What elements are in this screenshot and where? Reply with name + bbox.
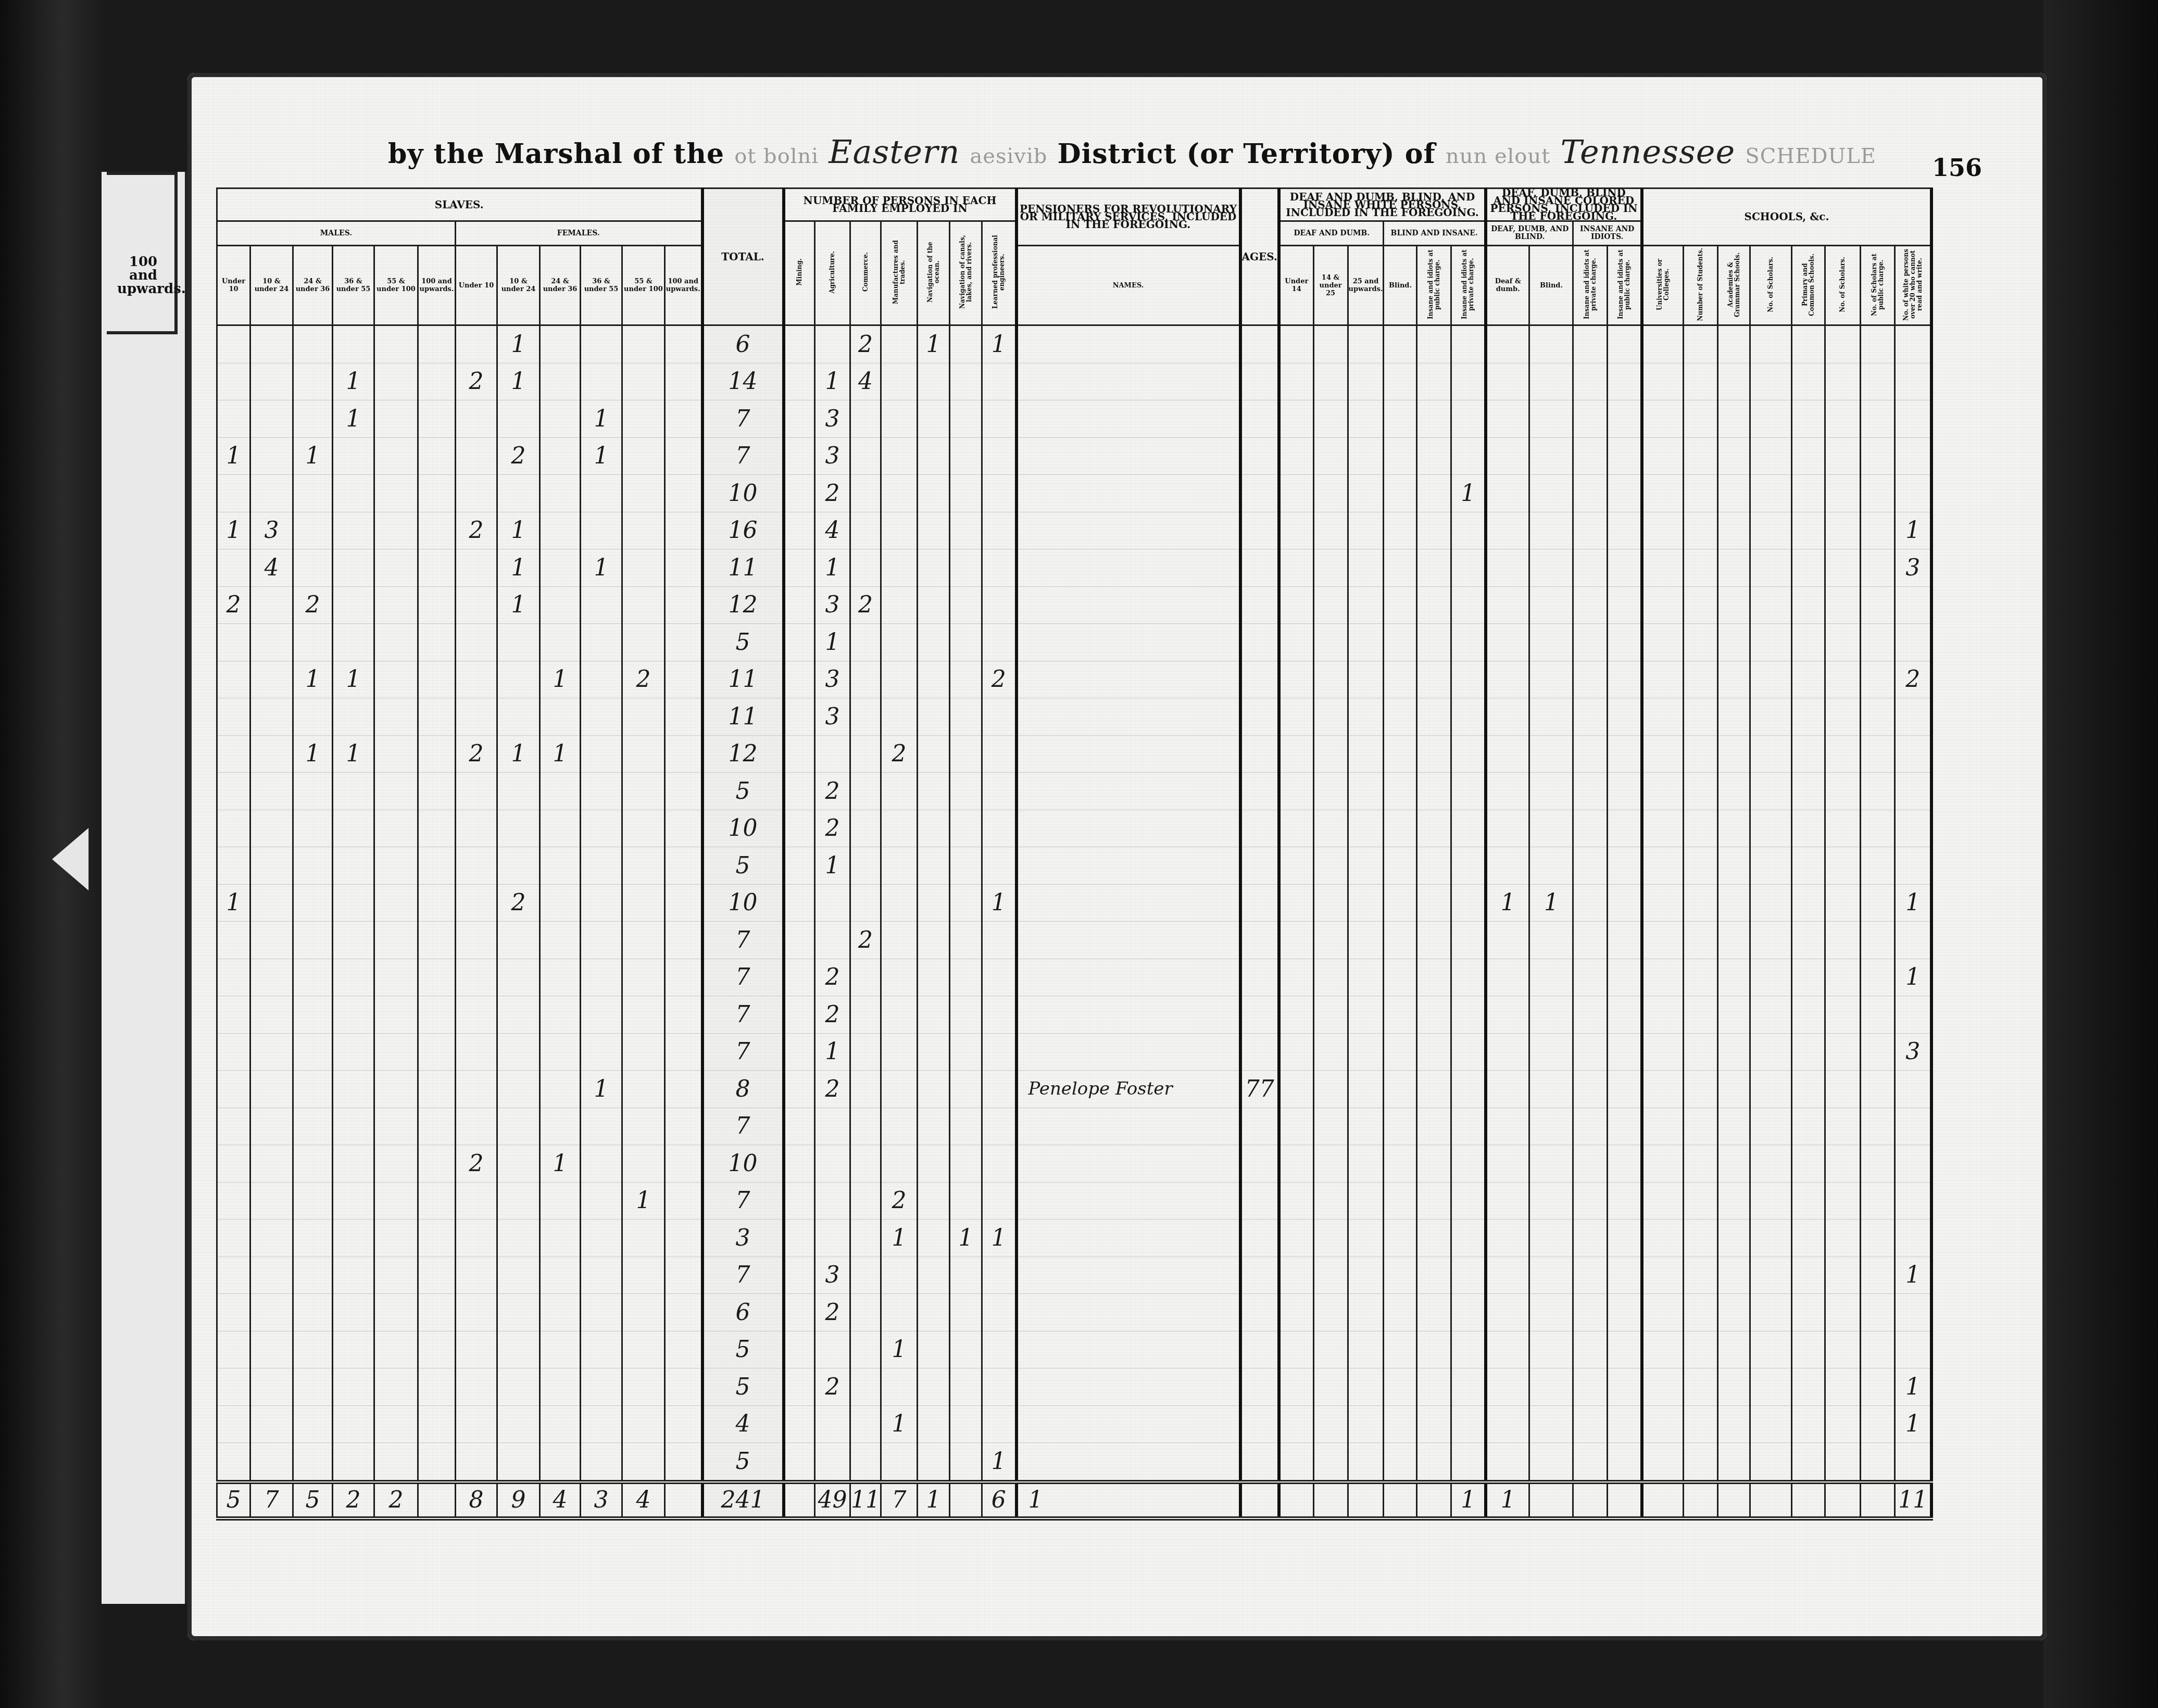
slave-male-cell bbox=[374, 363, 418, 400]
pensioner-name-cell bbox=[1017, 1368, 1240, 1406]
white-deaf-cell bbox=[1313, 1368, 1348, 1406]
title-bleedthrough-4: SCHEDULE bbox=[1745, 144, 1876, 168]
slave-male-cell bbox=[293, 773, 333, 810]
employed-cell bbox=[784, 325, 815, 363]
white-blind-cell bbox=[1417, 698, 1451, 736]
col-header-employed-1: Agriculture. bbox=[815, 221, 850, 325]
schools-cell bbox=[1825, 735, 1861, 773]
slave-female-cell bbox=[456, 810, 497, 847]
schools-cell bbox=[1750, 773, 1792, 810]
slave-female-cell: 2 bbox=[456, 512, 497, 549]
slave-male-cell bbox=[293, 475, 333, 512]
schools-cell bbox=[1792, 996, 1825, 1034]
slave-male-cell bbox=[217, 1108, 250, 1145]
schools-cell bbox=[1750, 847, 1792, 885]
white-deaf-cell bbox=[1348, 1482, 1384, 1518]
schools-cell bbox=[1895, 475, 1931, 512]
slave-female-cell bbox=[540, 1405, 581, 1443]
schools-cell bbox=[1792, 400, 1825, 438]
white-deaf-cell bbox=[1348, 1071, 1384, 1108]
white-blind-cell bbox=[1451, 549, 1486, 587]
header-white-disabled: DEAF AND DUMB, BLIND, AND INSANE WHITE P… bbox=[1279, 189, 1486, 221]
colored-insane-cell bbox=[1573, 959, 1608, 996]
slave-female-cell bbox=[665, 363, 702, 400]
employed-cell: 2 bbox=[850, 586, 881, 624]
colored-ddb-cell bbox=[1486, 1294, 1529, 1332]
schools-cell bbox=[1825, 1294, 1861, 1332]
colored-ddb-cell bbox=[1529, 810, 1573, 847]
white-deaf-cell bbox=[1348, 1257, 1384, 1294]
slave-male-cell bbox=[418, 475, 456, 512]
slave-male-cell: 1 bbox=[217, 884, 250, 922]
colored-ddb-cell bbox=[1486, 661, 1529, 698]
schools-cell bbox=[1684, 1331, 1718, 1368]
colored-insane-cell bbox=[1608, 1294, 1642, 1332]
white-blind-cell bbox=[1417, 1482, 1451, 1518]
colored-ddb-cell bbox=[1529, 735, 1573, 773]
table-row: 16211 bbox=[217, 325, 1931, 363]
slave-female-cell bbox=[497, 1033, 540, 1071]
white-blind-cell bbox=[1384, 586, 1417, 624]
schools-cell bbox=[1792, 1331, 1825, 1368]
slave-male-cell: 4 bbox=[250, 549, 293, 587]
schools-cell bbox=[1861, 847, 1895, 885]
slave-male-cell bbox=[217, 475, 250, 512]
col-header-employed-3: Manufactures and trades. bbox=[881, 221, 918, 325]
slave-male-cell bbox=[418, 325, 456, 363]
slave-male-cell: 5 bbox=[293, 1482, 333, 1518]
slave-male-cell bbox=[418, 959, 456, 996]
slave-female-cell bbox=[497, 1368, 540, 1406]
employed-cell bbox=[815, 1405, 850, 1443]
slave-male-cell bbox=[333, 1182, 374, 1220]
employed-cell bbox=[850, 698, 881, 736]
slave-male-cell: 2 bbox=[374, 1482, 418, 1518]
col-header-white-deaf-0: Under 14 bbox=[1279, 246, 1313, 325]
colored-insane-cell bbox=[1608, 549, 1642, 587]
table-row: 112173 bbox=[217, 437, 1931, 475]
white-deaf-cell bbox=[1279, 1220, 1313, 1257]
slave-female-cell bbox=[665, 1331, 702, 1368]
employed-cell bbox=[850, 1033, 881, 1071]
white-blind-cell bbox=[1417, 549, 1451, 587]
slave-female-cell bbox=[665, 1071, 702, 1108]
employed-cell bbox=[784, 1108, 815, 1145]
employed-cell bbox=[850, 400, 881, 438]
previous-page-header-stub bbox=[107, 172, 178, 334]
slave-female-cell bbox=[665, 996, 702, 1034]
slave-female-cell bbox=[665, 735, 702, 773]
white-deaf-cell bbox=[1348, 1220, 1384, 1257]
previous-page-strip: 100 and upwards. bbox=[102, 172, 190, 1604]
white-blind-cell bbox=[1451, 1443, 1486, 1482]
white-blind-cell bbox=[1451, 847, 1486, 885]
total-cell: 7 bbox=[702, 1182, 784, 1220]
schools-cell bbox=[1895, 325, 1931, 363]
col-header-slave-male-1: 10 & under 24 bbox=[250, 246, 293, 325]
slave-female-cell bbox=[540, 1443, 581, 1482]
slave-female-cell bbox=[622, 847, 665, 885]
white-deaf-cell bbox=[1348, 549, 1384, 587]
colored-insane-cell bbox=[1573, 922, 1608, 959]
colored-insane-cell bbox=[1573, 884, 1608, 922]
slave-male-cell bbox=[250, 996, 293, 1034]
pensioner-name-cell bbox=[1017, 1405, 1240, 1443]
employed-cell bbox=[950, 1331, 982, 1368]
employed-cell: 49 bbox=[815, 1482, 850, 1518]
schools-cell bbox=[1684, 959, 1718, 996]
col-header-colored-insane-1: Insane and idiots at public charge. bbox=[1608, 246, 1642, 325]
employed-cell bbox=[850, 624, 881, 661]
col-header-white-blind-2: Insane and idiots at private charge. bbox=[1451, 246, 1486, 325]
white-blind-cell bbox=[1417, 1331, 1451, 1368]
table-row: 1211414 bbox=[217, 363, 1931, 400]
white-deaf-cell bbox=[1348, 1108, 1384, 1145]
header-insane-idiots: INSANE AND IDIOTS. bbox=[1573, 221, 1642, 246]
employed-cell: 1 bbox=[982, 325, 1017, 363]
colored-insane-cell bbox=[1573, 810, 1608, 847]
schools-cell bbox=[1642, 586, 1684, 624]
slave-female-cell: 1 bbox=[581, 1071, 622, 1108]
title-mid: District (or Territory) of bbox=[1057, 138, 1435, 170]
schools-cell bbox=[1718, 1331, 1750, 1368]
white-blind-cell bbox=[1451, 512, 1486, 549]
slave-female-cell: 3 bbox=[581, 1482, 622, 1518]
employed-cell bbox=[784, 437, 815, 475]
white-deaf-cell bbox=[1348, 847, 1384, 885]
slave-male-cell bbox=[250, 810, 293, 847]
employed-cell bbox=[815, 1108, 850, 1145]
table-row: 713 bbox=[217, 1033, 1931, 1071]
col-header-employed-6: Learned professional engineers. bbox=[982, 221, 1017, 325]
slave-male-cell bbox=[418, 1368, 456, 1406]
employed-cell bbox=[950, 773, 982, 810]
pensioner-age-cell bbox=[1240, 1108, 1279, 1145]
white-deaf-cell bbox=[1279, 549, 1313, 587]
pensioner-age-cell bbox=[1240, 1331, 1279, 1368]
colored-insane-cell bbox=[1608, 884, 1642, 922]
white-blind-cell bbox=[1384, 512, 1417, 549]
pensioner-name-cell bbox=[1017, 1145, 1240, 1183]
white-blind-cell bbox=[1451, 1220, 1486, 1257]
slave-female-cell bbox=[665, 847, 702, 885]
employed-cell: 6 bbox=[982, 1482, 1017, 1518]
slave-female-cell bbox=[497, 1331, 540, 1368]
slave-male-cell bbox=[250, 884, 293, 922]
schools-cell bbox=[1718, 549, 1750, 587]
employed-cell: 1 bbox=[881, 1220, 918, 1257]
slave-male-cell bbox=[217, 773, 250, 810]
slave-female-cell bbox=[665, 512, 702, 549]
slave-male-cell bbox=[418, 1220, 456, 1257]
employed-cell: 7 bbox=[881, 1482, 918, 1518]
slave-female-cell bbox=[581, 1257, 622, 1294]
schools-cell bbox=[1861, 1108, 1895, 1145]
slave-male-cell: 3 bbox=[250, 512, 293, 549]
employed-cell bbox=[881, 884, 918, 922]
slave-female-cell bbox=[665, 884, 702, 922]
schools-cell bbox=[1642, 1294, 1684, 1332]
white-blind-cell bbox=[1417, 884, 1451, 922]
total-cell: 8 bbox=[702, 1071, 784, 1108]
employed-cell bbox=[784, 1331, 815, 1368]
table-row: 7 bbox=[217, 1108, 1931, 1145]
employed-cell bbox=[982, 1145, 1017, 1183]
slave-male-cell bbox=[250, 1368, 293, 1406]
employed-cell bbox=[850, 1071, 881, 1108]
slave-female-cell bbox=[665, 1033, 702, 1071]
white-deaf-cell bbox=[1348, 475, 1384, 512]
white-blind-cell bbox=[1384, 735, 1417, 773]
slave-female-cell bbox=[456, 1257, 497, 1294]
schools-cell bbox=[1684, 1145, 1718, 1183]
schools-cell bbox=[1792, 959, 1825, 996]
schools-cell bbox=[1684, 1294, 1718, 1332]
slave-female-cell bbox=[665, 1220, 702, 1257]
colored-insane-cell bbox=[1608, 1220, 1642, 1257]
table-row: 72 bbox=[217, 922, 1931, 959]
schools-cell bbox=[1861, 363, 1895, 400]
schools-cell bbox=[1718, 1220, 1750, 1257]
pensioner-age-cell bbox=[1240, 1405, 1279, 1443]
slave-female-cell bbox=[581, 586, 622, 624]
white-blind-cell bbox=[1451, 735, 1486, 773]
employed-cell bbox=[784, 549, 815, 587]
employed-cell: 1 bbox=[815, 363, 850, 400]
schools-cell bbox=[1792, 586, 1825, 624]
schools-cell bbox=[1792, 437, 1825, 475]
slave-male-cell bbox=[293, 1033, 333, 1071]
schools-cell bbox=[1792, 325, 1825, 363]
schools-cell bbox=[1684, 1257, 1718, 1294]
total-cell: 5 bbox=[702, 1331, 784, 1368]
white-blind-cell bbox=[1451, 1182, 1486, 1220]
white-blind-cell bbox=[1451, 325, 1486, 363]
slave-female-cell: 1 bbox=[581, 437, 622, 475]
pensioner-age-cell bbox=[1240, 922, 1279, 959]
schools-cell bbox=[1825, 959, 1861, 996]
title-bleedthrough-3: nun elout bbox=[1446, 144, 1550, 168]
slave-female-cell bbox=[456, 437, 497, 475]
slave-male-cell bbox=[418, 1482, 456, 1518]
slave-male-cell: 1 bbox=[217, 437, 250, 475]
schools-cell bbox=[1861, 624, 1895, 661]
schools-cell bbox=[1718, 1182, 1750, 1220]
schools-cell bbox=[1718, 735, 1750, 773]
white-blind-cell bbox=[1417, 1220, 1451, 1257]
schools-cell bbox=[1718, 661, 1750, 698]
colored-insane-cell bbox=[1573, 1331, 1608, 1368]
employed-cell bbox=[850, 1443, 881, 1482]
slave-female-cell bbox=[622, 1294, 665, 1332]
schools-cell bbox=[1750, 1443, 1792, 1482]
schools-cell bbox=[1684, 586, 1718, 624]
white-deaf-cell bbox=[1279, 810, 1313, 847]
slave-female-cell bbox=[622, 773, 665, 810]
colored-insane-cell bbox=[1573, 1368, 1608, 1406]
schools-cell bbox=[1861, 1257, 1895, 1294]
employed-cell bbox=[982, 1033, 1017, 1071]
slave-female-cell bbox=[665, 1482, 702, 1518]
employed-cell: 2 bbox=[815, 1294, 850, 1332]
slave-male-cell: 5 bbox=[217, 1482, 250, 1518]
schools-cell bbox=[1750, 475, 1792, 512]
total-cell: 10 bbox=[702, 884, 784, 922]
schools-cell bbox=[1861, 1182, 1895, 1220]
slave-female-cell bbox=[622, 1145, 665, 1183]
pensioner-age-cell bbox=[1240, 1257, 1279, 1294]
slave-female-cell bbox=[622, 735, 665, 773]
schools-cell bbox=[1895, 437, 1931, 475]
employed-cell: 1 bbox=[815, 847, 850, 885]
schools-cell bbox=[1895, 1145, 1931, 1183]
colored-insane-cell bbox=[1608, 1368, 1642, 1406]
colored-ddb-cell bbox=[1529, 437, 1573, 475]
slave-female-cell: 1 bbox=[497, 363, 540, 400]
white-deaf-cell bbox=[1313, 996, 1348, 1034]
slave-male-cell bbox=[217, 959, 250, 996]
colored-insane-cell bbox=[1573, 1182, 1608, 1220]
slave-male-cell bbox=[293, 1182, 333, 1220]
slave-female-cell: 1 bbox=[497, 325, 540, 363]
employed-cell bbox=[850, 1257, 881, 1294]
slave-female-cell bbox=[540, 1294, 581, 1332]
schools-cell bbox=[1642, 996, 1684, 1034]
colored-insane-cell bbox=[1608, 624, 1642, 661]
employed-cell: 1 bbox=[815, 549, 850, 587]
colored-insane-cell bbox=[1573, 624, 1608, 661]
slave-female-cell bbox=[581, 810, 622, 847]
schools-cell bbox=[1684, 475, 1718, 512]
colored-insane-cell bbox=[1608, 437, 1642, 475]
employed-cell bbox=[784, 1482, 815, 1518]
total-cell: 7 bbox=[702, 1033, 784, 1071]
pensioner-name-cell bbox=[1017, 1443, 1240, 1482]
white-deaf-cell bbox=[1279, 1443, 1313, 1482]
pensioner-age-cell bbox=[1240, 325, 1279, 363]
employed-cell: 2 bbox=[881, 735, 918, 773]
total-cell: 12 bbox=[702, 735, 784, 773]
schools-cell bbox=[1825, 1033, 1861, 1071]
employed-cell bbox=[982, 810, 1017, 847]
state-handwritten: Tennessee bbox=[1560, 133, 1735, 171]
white-blind-cell bbox=[1451, 624, 1486, 661]
slave-male-cell bbox=[418, 1257, 456, 1294]
schools-cell bbox=[1861, 661, 1895, 698]
colored-insane-cell bbox=[1573, 847, 1608, 885]
slave-male-cell bbox=[250, 1071, 293, 1108]
slave-female-cell bbox=[497, 847, 540, 885]
pensioner-age-cell bbox=[1240, 1443, 1279, 1482]
white-deaf-cell bbox=[1348, 400, 1384, 438]
white-deaf-cell bbox=[1279, 363, 1313, 400]
schools-cell bbox=[1861, 1071, 1895, 1108]
schools-cell bbox=[1642, 884, 1684, 922]
pensioner-age-cell bbox=[1240, 1482, 1279, 1518]
colored-insane-cell bbox=[1608, 810, 1642, 847]
schools-cell bbox=[1642, 1368, 1684, 1406]
employed-cell bbox=[950, 1182, 982, 1220]
schools-cell bbox=[1825, 661, 1861, 698]
total-cell: 11 bbox=[702, 661, 784, 698]
schools-cell bbox=[1750, 624, 1792, 661]
slave-male-cell bbox=[217, 1182, 250, 1220]
employed-cell bbox=[881, 698, 918, 736]
white-deaf-cell bbox=[1279, 586, 1313, 624]
employed-cell bbox=[918, 1145, 950, 1183]
slave-female-cell bbox=[540, 922, 581, 959]
employed-cell bbox=[982, 996, 1017, 1034]
slave-female-cell bbox=[581, 661, 622, 698]
slave-male-cell bbox=[418, 922, 456, 959]
table-row: 1021 bbox=[217, 475, 1931, 512]
employed-cell bbox=[950, 400, 982, 438]
white-blind-cell bbox=[1384, 1108, 1417, 1145]
table-row: 72 bbox=[217, 996, 1931, 1034]
slave-male-cell bbox=[333, 996, 374, 1034]
slave-male-cell bbox=[250, 624, 293, 661]
employed-cell bbox=[918, 1331, 950, 1368]
slave-male-cell bbox=[333, 1033, 374, 1071]
col-header-white-deaf-1: 14 & under 25 bbox=[1313, 246, 1348, 325]
employed-cell bbox=[881, 512, 918, 549]
schools-cell bbox=[1684, 400, 1718, 438]
schools-cell bbox=[1825, 1182, 1861, 1220]
colored-insane-cell bbox=[1573, 586, 1608, 624]
schools-cell bbox=[1861, 735, 1895, 773]
total-cell: 4 bbox=[702, 1405, 784, 1443]
slave-male-cell bbox=[217, 624, 250, 661]
slave-female-cell bbox=[665, 475, 702, 512]
slave-female-cell bbox=[497, 1294, 540, 1332]
employed-cell bbox=[850, 1405, 881, 1443]
slave-male-cell bbox=[217, 1257, 250, 1294]
white-deaf-cell bbox=[1279, 922, 1313, 959]
total-cell: 7 bbox=[702, 400, 784, 438]
schools-cell: 1 bbox=[1895, 884, 1931, 922]
slave-female-cell bbox=[622, 1405, 665, 1443]
slave-male-cell bbox=[250, 363, 293, 400]
schools-cell bbox=[1792, 363, 1825, 400]
slave-female-cell bbox=[540, 1182, 581, 1220]
schools-cell bbox=[1718, 1294, 1750, 1332]
page-title: by the Marshal of the ot bolni Eastern a… bbox=[388, 133, 1876, 171]
employed-cell: 2 bbox=[815, 959, 850, 996]
schools-cell bbox=[1895, 624, 1931, 661]
header-deaf-dumb: DEAF AND DUMB. bbox=[1279, 221, 1384, 246]
slave-male-cell bbox=[293, 363, 333, 400]
schools-cell bbox=[1792, 1405, 1825, 1443]
employed-cell: 2 bbox=[815, 1368, 850, 1406]
colored-insane-cell bbox=[1608, 1331, 1642, 1368]
header-schools: SCHOOLS, &c. bbox=[1642, 189, 1931, 246]
table-row: 521 bbox=[217, 1368, 1931, 1406]
slave-female-cell: 2 bbox=[622, 661, 665, 698]
header-blind-insane: BLIND AND INSANE. bbox=[1384, 221, 1486, 246]
employed-cell: 1 bbox=[982, 1443, 1017, 1482]
employed-cell bbox=[982, 1108, 1017, 1145]
slave-female-cell: 4 bbox=[540, 1482, 581, 1518]
white-blind-cell bbox=[1451, 1405, 1486, 1443]
slave-female-cell bbox=[581, 1368, 622, 1406]
schools-cell bbox=[1718, 363, 1750, 400]
slave-male-cell bbox=[374, 1182, 418, 1220]
white-blind-cell bbox=[1384, 1182, 1417, 1220]
pensioner-name-cell bbox=[1017, 1108, 1240, 1145]
employed-cell bbox=[850, 847, 881, 885]
total-cell: 7 bbox=[702, 1257, 784, 1294]
employed-cell bbox=[815, 1145, 850, 1183]
